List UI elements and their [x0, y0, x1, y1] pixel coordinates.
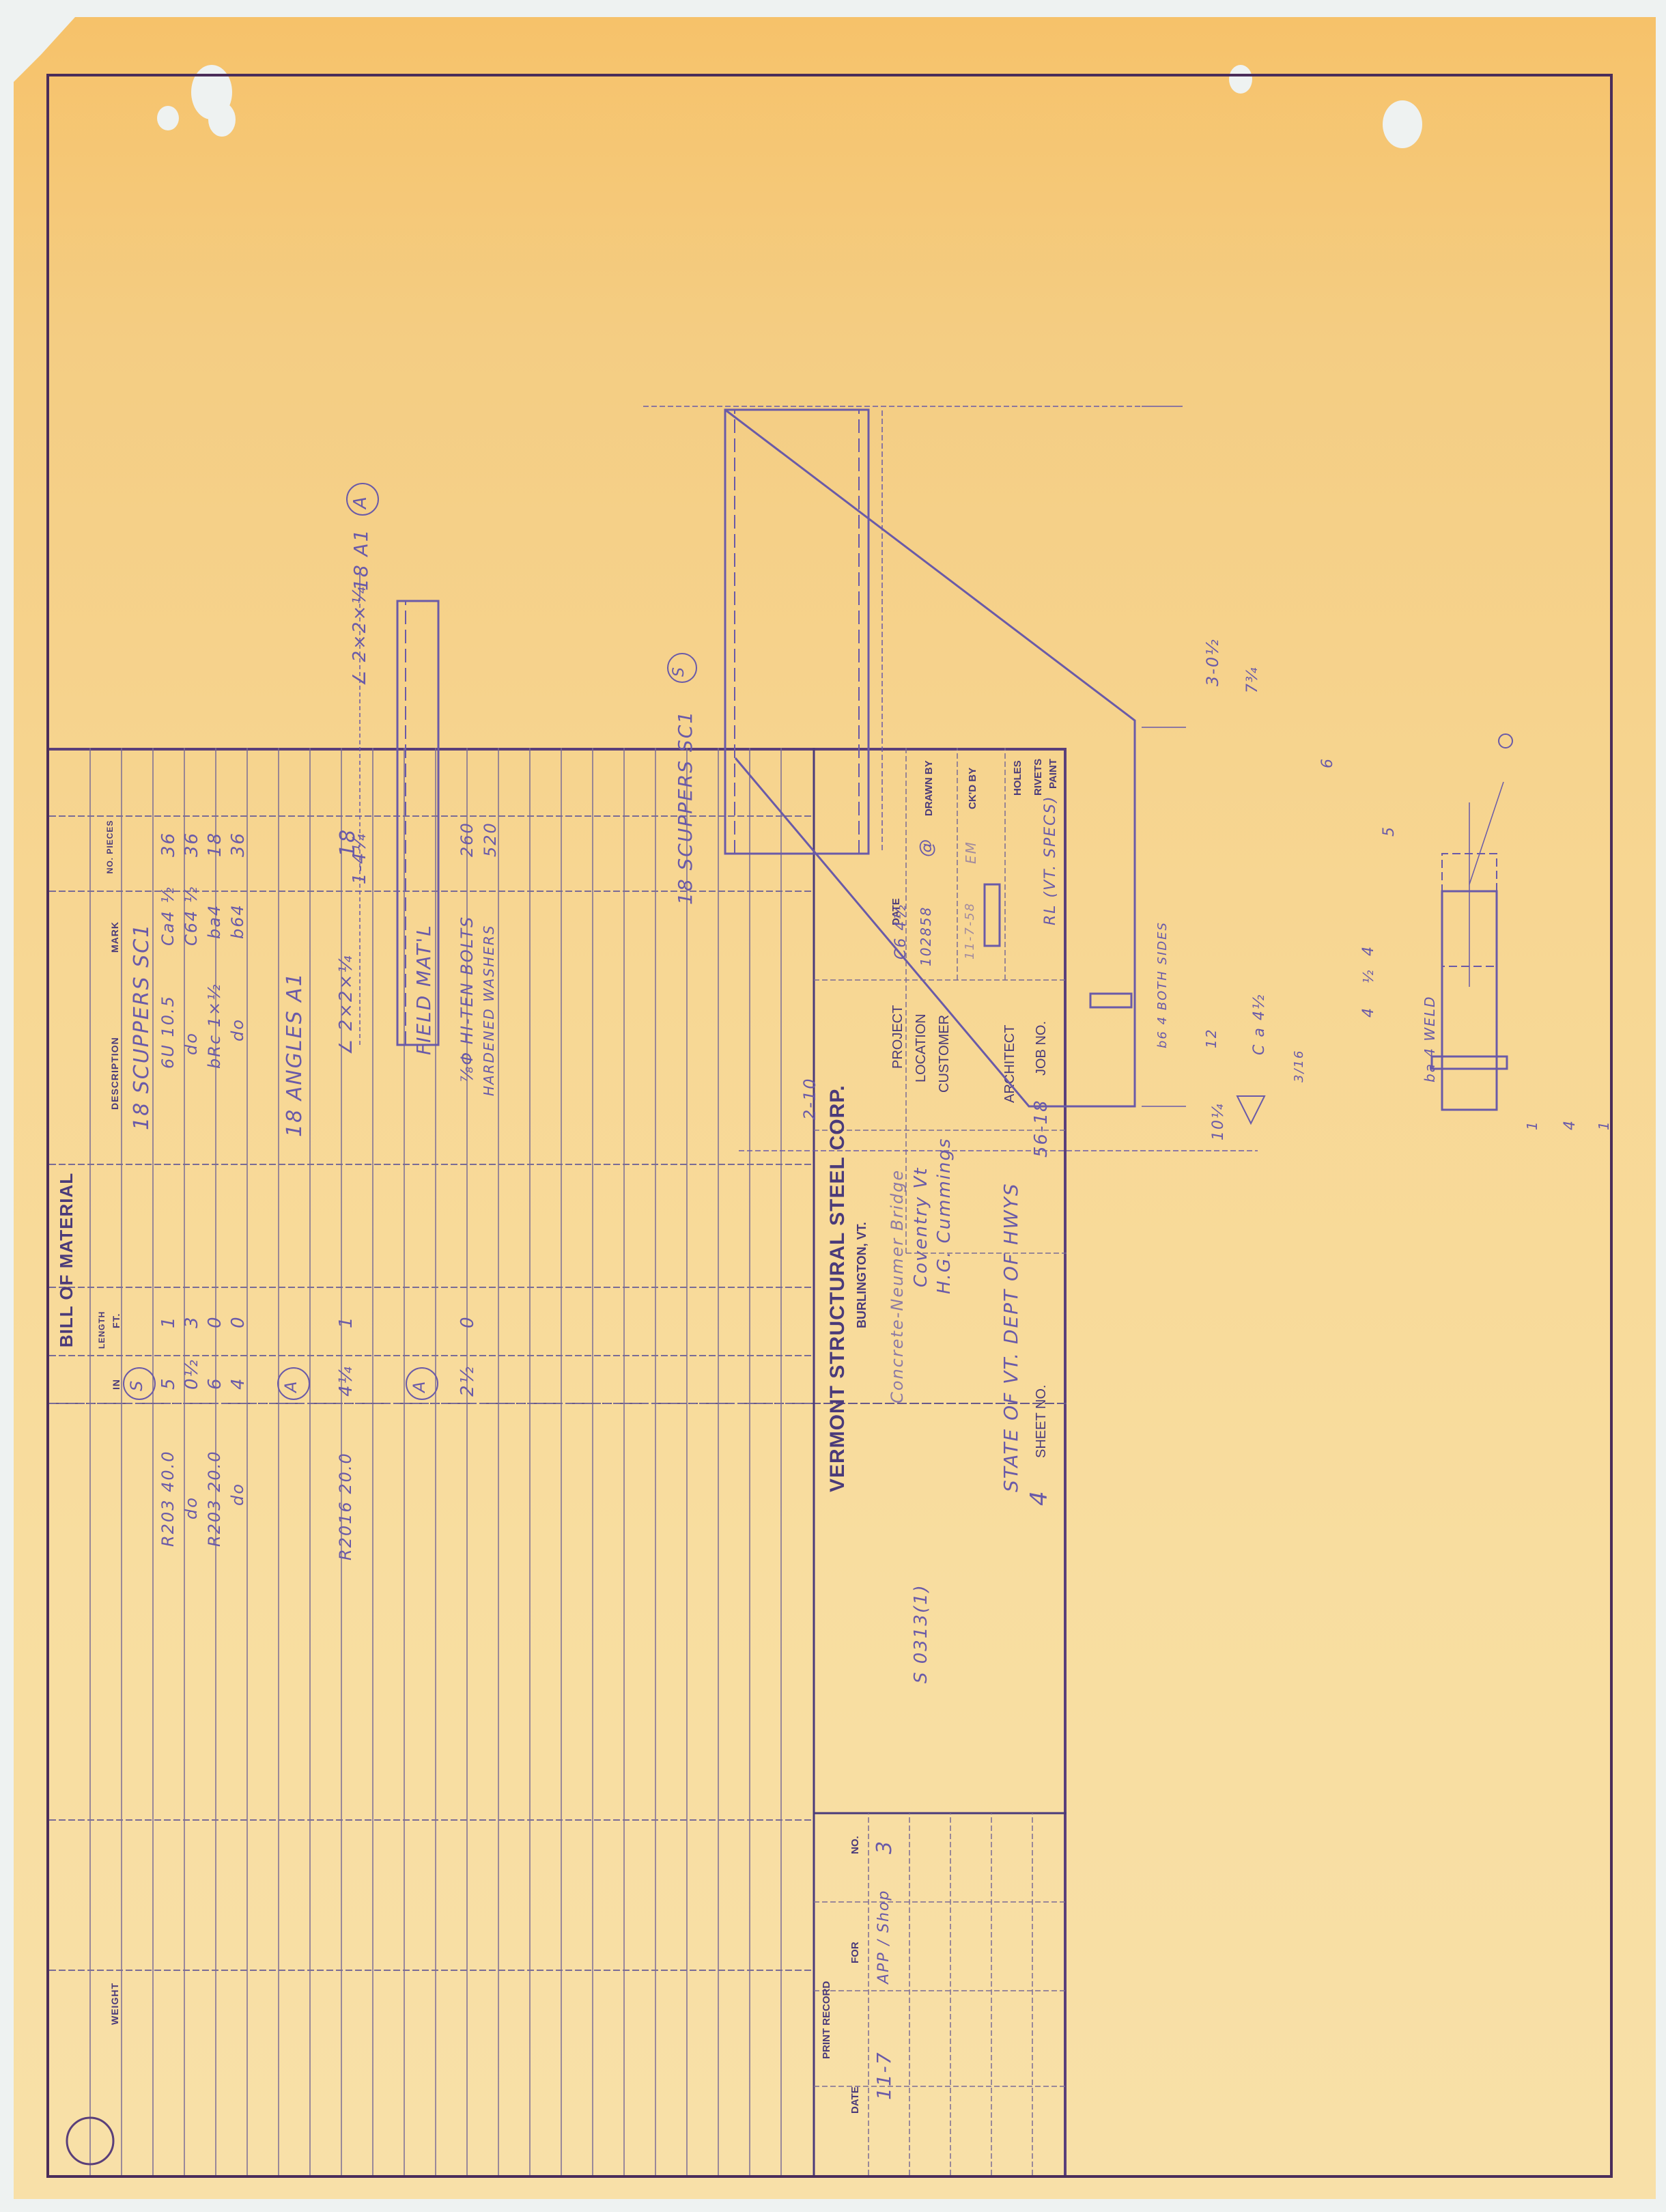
dim-bottom-left: 2-10 — [800, 1078, 819, 1120]
channel-note-left: C6 4½ — [892, 904, 909, 960]
rotated-drawing-content: BILL OF MATERIAL NO. PIECES MARK DESCRIP… — [49, 76, 1610, 2175]
dim-top-left: 3-0½ — [1203, 639, 1222, 686]
section-dim-mid: 4 — [1562, 1119, 1579, 1130]
piece-a-section: ∠ 2×2×¼ — [350, 586, 370, 686]
angle-a1-outline — [397, 601, 438, 1045]
section-dim-left: 1 — [1524, 1120, 1540, 1130]
scupper-channel-body — [725, 410, 869, 854]
dim-bottom-right: 10¼ — [1210, 1103, 1227, 1140]
dim-right-3: 4 — [1360, 1007, 1377, 1018]
piece-s-label: 18 SCUPPERS SC1 — [674, 710, 696, 905]
dim-top-right: 7¾ — [1244, 667, 1261, 693]
dim-right-1: 4 — [1360, 945, 1377, 956]
section-dim-right: 1 — [1596, 1120, 1612, 1130]
slope-horizontal: 12 — [1203, 1028, 1219, 1048]
shop-drawing-lines — [49, 76, 1610, 2175]
plate-note: b6 4 BOTH SIDES — [1155, 921, 1170, 1048]
dim-right-2: ½ — [1360, 969, 1376, 983]
section-weld-note: ba 4 WELD — [1422, 996, 1438, 1082]
piece-s-mark-letter: S — [670, 666, 688, 677]
piece-a-length: 1-4¼ — [350, 832, 370, 884]
piece-a-label: 18 A1 — [350, 529, 372, 591]
weld-size: 3/16 — [1292, 1050, 1306, 1082]
piece-a-mark-letter: A — [350, 495, 371, 509]
channel-note-right: C a 4½ — [1251, 994, 1268, 1055]
dim-diag-6: 6 — [1319, 757, 1336, 768]
dim-diag-5: 5 — [1381, 826, 1398, 837]
